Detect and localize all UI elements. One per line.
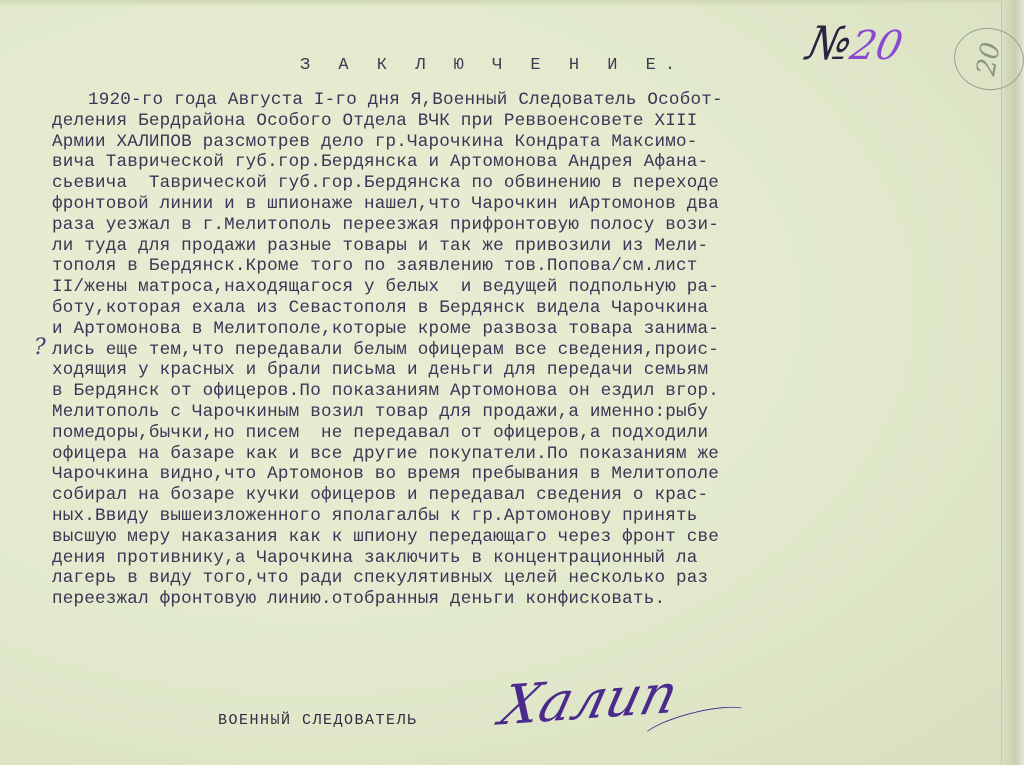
text-line: собирал на бозаре кучки офицеров и перед…	[52, 485, 972, 506]
text-line: офицера на базаре как и все другие покуп…	[52, 444, 972, 465]
text-line: переезжал фронтовую линию.отобранныя ден…	[52, 589, 972, 610]
text-line: боту,которая ехала из Севастополя в Берд…	[52, 298, 972, 319]
text-line: высшую меру наказания как к шпиону перед…	[52, 527, 972, 548]
text-line: вича Таврической губ.гор.Бердянска и Арт…	[52, 152, 972, 173]
text-line: 1920-го года Августа I-го дня Я,Военный …	[52, 90, 972, 111]
text-line: лагерь в виду того,что ради спекулятивны…	[52, 568, 972, 589]
document-page: З А К Л Ю Ч Е Н И Е. №20 20 ? 1920-го го…	[0, 0, 1024, 765]
signature-title: ВОЕННЫЙ СЛЕДОВАТЕЛЬ	[218, 712, 418, 729]
text-line: ли туда для продажи разные товары и так …	[52, 236, 972, 257]
top-edge	[0, 0, 1024, 6]
page-edge	[1001, 0, 1024, 765]
text-line: лись еще тем,что передавали белым офицер…	[52, 340, 972, 361]
text-line: ных.Ввиду вышеизложенного яполагалбы к г…	[52, 506, 972, 527]
text-line: Армии ХАЛИПОВ разсмотрев дело гр.Чарочки…	[52, 132, 972, 153]
text-line: и Артомонова в Мелитополе,которые кроме …	[52, 319, 972, 340]
text-line: II/жены матроса,находящагося у белых и в…	[52, 277, 972, 298]
margin-mark: ?	[34, 335, 46, 360]
text-line: ходящия у красных и брали письма и деньг…	[52, 360, 972, 381]
text-line: раза уезжал в г.Мелитополь переезжая при…	[52, 215, 972, 236]
document-number: №20	[802, 16, 908, 70]
text-line: тополя в Бердянск.Кроме того по заявлени…	[52, 256, 972, 277]
document-title: З А К Л Ю Ч Е Н И Е.	[300, 56, 684, 75]
text-line: фронтовой линии и в шпионаже нашел,что Ч…	[52, 194, 972, 215]
document-body: 1920-го года Августа I-го дня Я,Военный …	[52, 90, 972, 610]
text-line: сьевича Таврической губ.гор.Бердянска по…	[52, 173, 972, 194]
text-line: Чарочкина видно,что Артомонов во время п…	[52, 464, 972, 485]
text-line: в Бердянск от офицеров.По показаниям Арт…	[52, 381, 972, 402]
text-line: дения противнику,а Чарочкина заключить в…	[52, 548, 972, 569]
text-line: Мелитополь с Чарочкиным возил товар для …	[52, 402, 972, 423]
number-value: 20	[846, 23, 907, 69]
text-line: деления Бердрайона Особого Отдела ВЧК пр…	[52, 111, 972, 132]
text-line: помедоры,бычки,но писем не передавал от …	[52, 423, 972, 444]
